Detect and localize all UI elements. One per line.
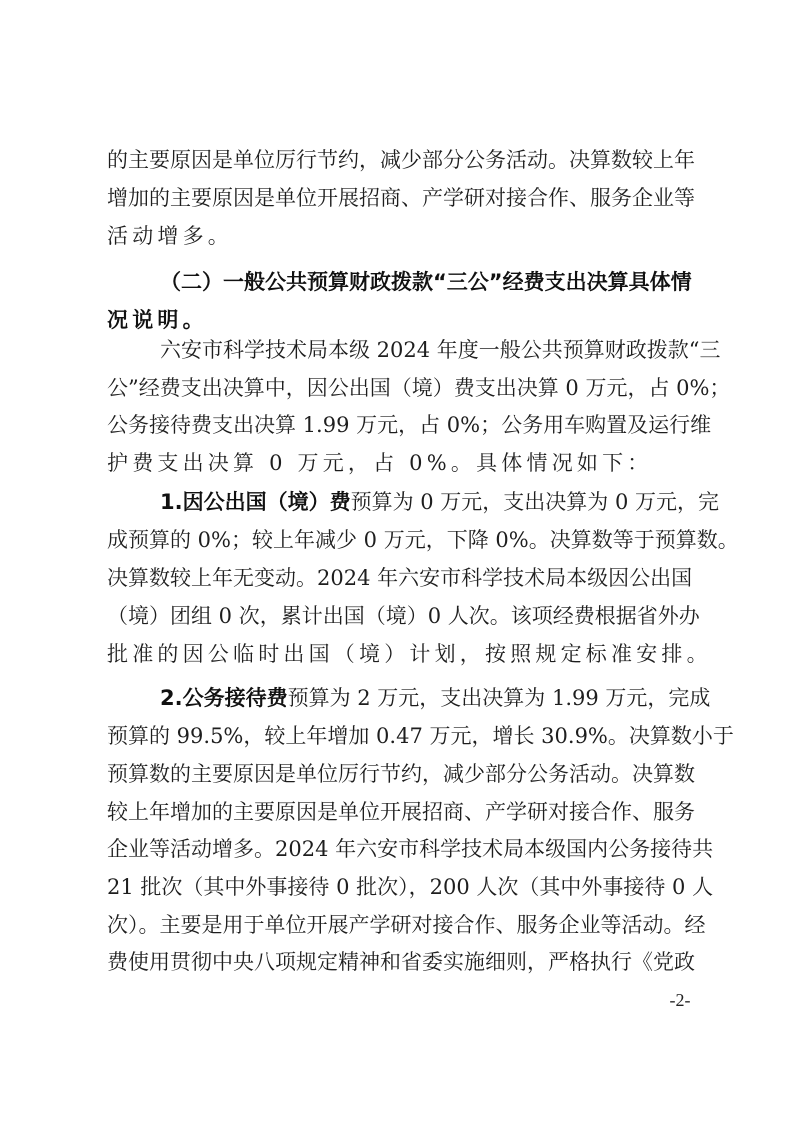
item-1-text: 预算为 0 万元，支出决算为 0 万元，完 bbox=[351, 490, 719, 514]
body-text-line: 公务接待费支出决算 1.99 万元，占 0%；公务用车购置及运行维 bbox=[107, 410, 690, 440]
body-text-line: 21 批次（其中外事接待 0 批次），200 人次（其中外事接待 0 人 bbox=[107, 872, 690, 902]
item-2-first-line: 2.公务接待费预算为 2 万元，支出决算为 1.99 万元，完成 bbox=[160, 683, 690, 713]
body-text-line: 的主要原因是单位厉行节约，减少部分公务活动。决算数较上年 bbox=[107, 145, 690, 175]
item-2-title: 2.公务接待费 bbox=[160, 686, 288, 710]
body-text-line: （境）团组 0 次，累计出国（境）0 人次。该项经费根据省外办 bbox=[107, 601, 690, 631]
body-text-line: 预算数的主要原因是单位厉行节约，减少部分公务活动。决算数 bbox=[107, 759, 690, 789]
section-heading-continuation: 况说明。 bbox=[107, 305, 690, 335]
body-text-line: 次）。主要是用于单位开展产学研对接合作、服务企业等活动。经 bbox=[107, 910, 690, 940]
document-page: 的主要原因是单位厉行节约，减少部分公务活动。决算数较上年 增加的主要原因是单位开… bbox=[0, 0, 793, 1122]
body-text-line: 公”经费支出决算中，因公出国（境）费支出决算 0 万元，占 0%； bbox=[107, 373, 690, 403]
body-text-line: 增加的主要原因是单位开展招商、产学研对接合作、服务企业等 bbox=[107, 183, 690, 213]
item-1-title: 1.因公出国（境）费 bbox=[160, 490, 351, 514]
body-text-line: 批准的因公临时出国（境）计划，按照规定标准安排。 bbox=[107, 639, 690, 669]
body-text-line: 较上年增加的主要原因是单位开展招商、产学研对接合作、服务 bbox=[107, 797, 690, 827]
body-text-line: 费使用贯彻中央八项规定精神和省委实施细则，严格执行《党政 bbox=[107, 947, 690, 977]
item-1-first-line: 1.因公出国（境）费预算为 0 万元，支出决算为 0 万元，完 bbox=[160, 487, 690, 517]
body-text-line: 预算的 99.5%，较上年增加 0.47 万元，增长 30.9%。决算数小于 bbox=[107, 721, 690, 751]
section-heading: （二）一般公共预算财政拨款“三公”经费支出决算具体情 bbox=[160, 267, 690, 297]
page-number: -2- bbox=[660, 988, 700, 1012]
body-text-line: 决算数较上年无变动。2024 年六安市科学技术局本级因公出国 bbox=[107, 563, 690, 593]
body-text-line: 企业等活动增多。2024 年六安市科学技术局本级国内公务接待共 bbox=[107, 834, 690, 864]
body-text-line: 六安市科学技术局本级 2024 年度一般公共预算财政拨款“三 bbox=[160, 335, 690, 365]
body-text-line: 活动增多。 bbox=[107, 221, 690, 251]
item-2-text: 预算为 2 万元，支出决算为 1.99 万元，完成 bbox=[288, 686, 711, 710]
body-text-line: 护费支出决算 0 万元，占 0%。具体情况如下： bbox=[107, 448, 690, 478]
body-text-line: 成预算的 0%；较上年减少 0 万元，下降 0%。决算数等于预算数。 bbox=[107, 525, 690, 555]
